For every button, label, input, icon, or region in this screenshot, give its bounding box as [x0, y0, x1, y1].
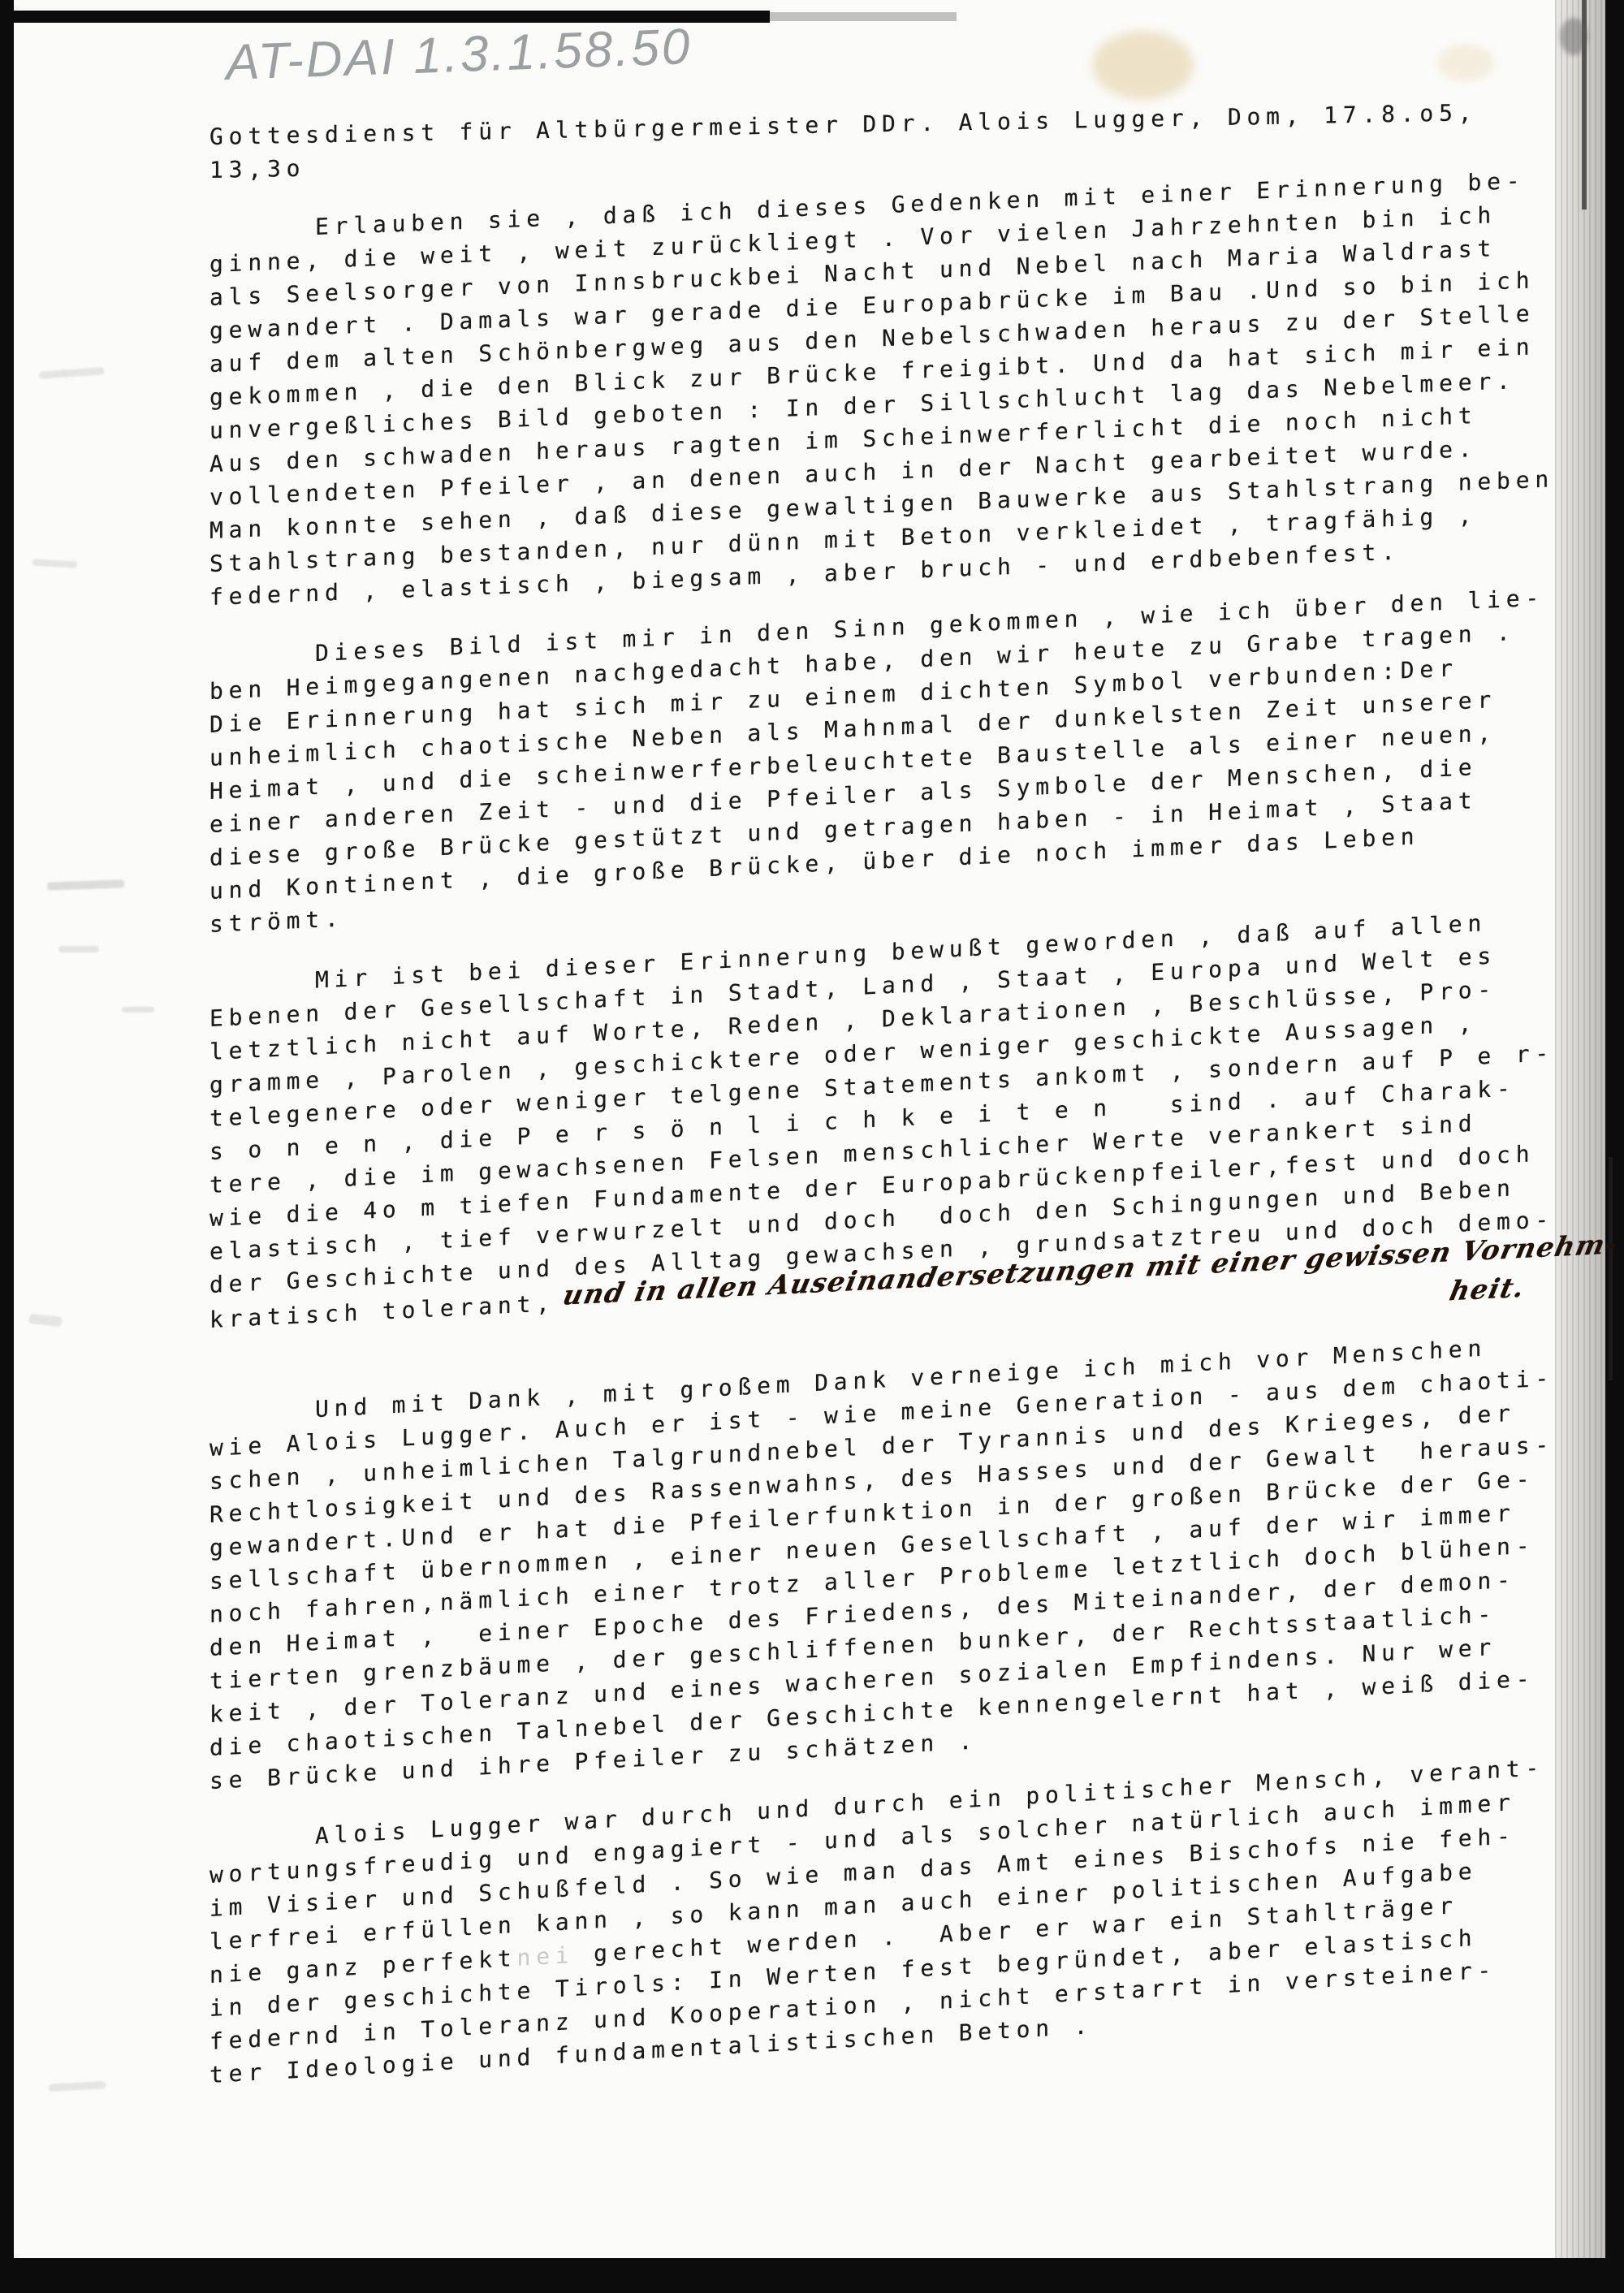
erased-text: nei — [517, 1941, 575, 1971]
document-body: Gottesdienst für Altbürgermeister DDr. A… — [209, 120, 1582, 2119]
paragraph-5: Alois Lugger war durch und durch ein pol… — [209, 1749, 1582, 2092]
paragraph-3: Mir ist bei dieser Erinnerung bewußt gew… — [209, 901, 1582, 1371]
margin-smudge — [32, 559, 77, 568]
paper-stain-small — [1437, 45, 1494, 81]
scanned-document-page: { "colors": { "paper": "#fbfbf9", "ink":… — [0, 0, 1624, 2293]
margin-smudge — [122, 1007, 154, 1013]
scan-line-mid-right — [1609, 1157, 1613, 1380]
right-scan-background — [1605, 0, 1624, 2293]
bottom-scan-edge — [0, 2258, 1624, 2293]
margin-smudge — [47, 879, 124, 890]
handwritten-carryover: heit. — [1447, 1271, 1528, 1308]
paragraph-1: Erlauben sie , daß ich dieses Gedenken m… — [209, 162, 1582, 614]
corner-smudge — [1560, 18, 1587, 55]
top-scan-bar-tail — [770, 12, 957, 21]
paragraph-2: Dieses Bild ist mir in den Sinn gekommen… — [209, 579, 1582, 941]
paper-stain — [1092, 31, 1194, 100]
paragraph-4: Und mit Dank , mit großem Dank verneige … — [209, 1326, 1582, 1798]
margin-smudge — [28, 1314, 62, 1327]
margin-smudge — [58, 946, 99, 952]
left-scan-edge — [0, 0, 14, 2293]
margin-smudge — [49, 2081, 106, 2092]
handwritten-archive-note: AT-DAI 1.3.1.58.50 — [225, 18, 693, 92]
margin-smudge — [39, 367, 104, 379]
